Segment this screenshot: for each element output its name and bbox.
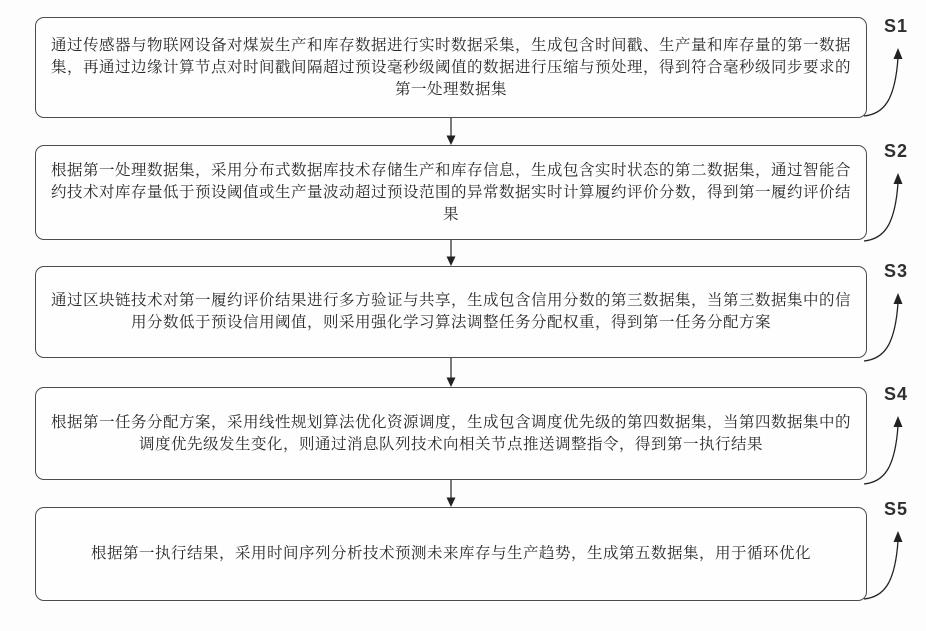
step-label-s3: S3 — [884, 261, 924, 282]
step-box-s5: 根据第一执行结果，采用时间序列分析技术预测未来库存与生产趋势，生成第五数据集，用… — [35, 507, 867, 601]
step-text-s2: 根据第一处理数据集，采用分布式数据库技术存储生产和库存信息，生成包含实时状态的第… — [48, 160, 854, 226]
step-label-s1: S1 — [884, 16, 924, 37]
step-box-s4: 根据第一任务分配方案，采用线性规划算法优化资源调度，生成包含调度优先级的第四数据… — [35, 387, 867, 480]
step-box-s2: 根据第一处理数据集，采用分布式数据库技术存储生产和库存信息，生成包含实时状态的第… — [35, 145, 867, 240]
step-text-s1: 通过传感器与物联网设备对煤炭生产和库存数据进行实时数据采集，生成包含时间戳、生产… — [48, 35, 854, 101]
step-label-s2: S2 — [884, 141, 924, 162]
down-arrow-icon — [444, 118, 458, 145]
step-ref-arrow-s2-icon — [862, 167, 914, 247]
step-box-s1: 通过传感器与物联网设备对煤炭生产和库存数据进行实时数据采集，生成包含时间戳、生产… — [35, 17, 867, 118]
step-label-s4: S4 — [884, 384, 924, 405]
step-label-s5: S5 — [884, 499, 924, 520]
step-text-s5: 根据第一执行结果，采用时间序列分析技术预测未来库存与生产趋势，生成第五数据集，用… — [51, 543, 851, 565]
down-arrow-icon — [444, 358, 458, 387]
step-box-s3: 通过区块链技术对第一履约评价结果进行多方验证与共享，生成包含信用分数的第三数据集… — [35, 266, 867, 358]
step-ref-arrow-s4-icon — [862, 410, 914, 490]
step-ref-arrow-s3-icon — [862, 287, 914, 367]
step-ref-arrow-s1-icon — [862, 42, 914, 122]
down-arrow-icon — [444, 480, 458, 507]
down-arrow-icon — [444, 240, 458, 266]
step-text-s4: 根据第一任务分配方案，采用线性规划算法优化资源调度，生成包含调度优先级的第四数据… — [48, 412, 854, 456]
flowchart-page: 通过传感器与物联网设备对煤炭生产和库存数据进行实时数据采集，生成包含时间戳、生产… — [0, 0, 926, 631]
step-text-s3: 通过区块链技术对第一履约评价结果进行多方验证与共享，生成包含信用分数的第三数据集… — [48, 290, 854, 334]
step-ref-arrow-s5-icon — [862, 525, 914, 605]
